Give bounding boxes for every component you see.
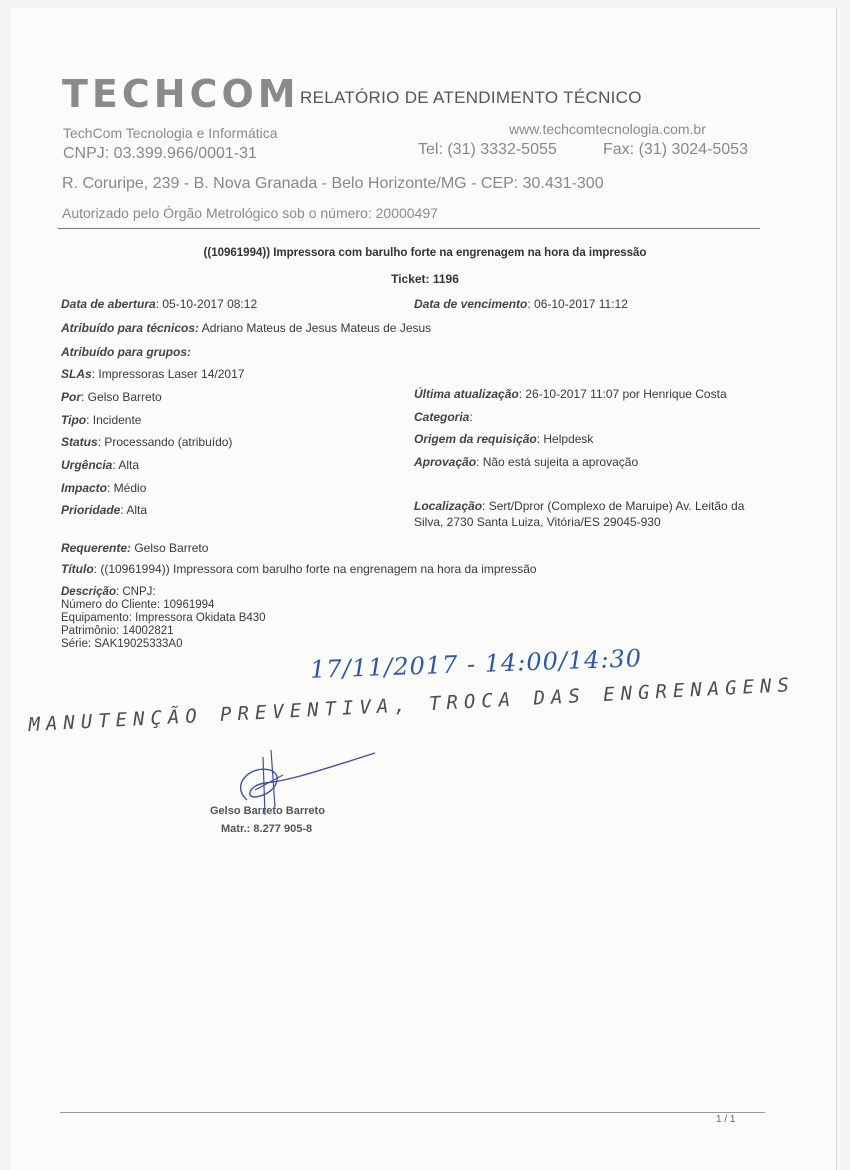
field-label: Categoria: [414, 410, 469, 424]
description-line: Equipamento: Impressora Okidata B430: [61, 612, 266, 625]
field-data-abertura: Data de abertura: 05-10-2017 08:12: [61, 297, 257, 311]
field-label: Origem da requisição: [414, 432, 537, 446]
field-value: : Impressoras Laser 14/2017: [92, 367, 245, 381]
field-label: Requerente:: [61, 541, 131, 555]
field-label: Tipo: [61, 413, 86, 427]
field-value: : 05-10-2017 08:12: [156, 297, 257, 311]
ticket-title: ((10961994)) Impressora com barulho fort…: [0, 247, 850, 259]
field-value: : ((10961994)) Impressora com barulho fo…: [94, 562, 537, 576]
field-value: Adriano Mateus de Jesus Mateus de Jesus: [199, 321, 431, 335]
company-phone: Tel: (31) 3332-5055: [418, 141, 557, 159]
field-origem: Origem da requisição: Helpdesk: [414, 432, 593, 446]
footer-divider: [60, 1112, 765, 1113]
field-label: Localização: [414, 499, 482, 513]
field-label: Última atualização: [414, 387, 519, 401]
field-value: : Processando (atribuído): [98, 435, 233, 449]
field-label: SLAs: [61, 367, 92, 381]
field-label: Data de abertura: [61, 297, 156, 311]
company-fax: Fax: (31) 3024-5053: [603, 141, 748, 159]
field-label: Prioridade: [61, 503, 120, 517]
field-categoria: Categoria:: [414, 410, 473, 424]
techcom-logo: TECHCOM: [62, 72, 300, 116]
field-value: : Não está sujeita a aprovação: [476, 455, 638, 469]
header-divider: [58, 228, 760, 229]
authorization-number: Autorizado pelo Órgão Metrológico sob o …: [62, 205, 438, 221]
field-grupos: Atribuído para grupos:: [61, 345, 191, 359]
description-label: Descrição: [61, 586, 116, 598]
field-aprovacao: Aprovação: Não está sujeita a aprovação: [414, 455, 638, 469]
field-value: : Alta: [112, 458, 139, 472]
page-number: 1 / 1: [716, 1114, 735, 1125]
field-label: Status: [61, 435, 98, 449]
company-cnpj: CNPJ: 03.399.966/0001-31: [63, 145, 257, 163]
field-value: : Médio: [107, 481, 146, 495]
field-label: Urgência: [61, 458, 112, 472]
document-title: RELATÓRIO DE ATENDIMENTO TÉCNICO: [300, 88, 642, 108]
field-label: Aprovação: [414, 455, 476, 469]
field-label: Título: [61, 562, 94, 576]
description-block: Descrição: CNPJ: Número do Cliente: 1096…: [61, 586, 266, 651]
company-name: TechCom Tecnologia e Informática: [63, 125, 278, 141]
field-label: Por: [61, 390, 81, 404]
field-localizacao: Localização: Sert/Dpror (Complexo de Mar…: [414, 498, 764, 530]
field-data-vencimento: Data de vencimento: 06-10-2017 11:12: [414, 297, 628, 311]
field-label: Impacto: [61, 481, 107, 495]
field-value: :: [469, 410, 472, 424]
field-value: : Helpdesk: [537, 432, 594, 446]
field-tipo: Tipo: Incidente: [61, 413, 141, 427]
company-address: R. Coruripe, 239 - B. Nova Granada - Bel…: [62, 175, 604, 193]
field-value: : 26-10-2017 11:07 por Henrique Costa: [519, 387, 727, 401]
field-impacto: Impacto: Médio: [61, 481, 146, 495]
field-status: Status: Processando (atribuído): [61, 435, 232, 449]
field-tecnicos: Atribuído para técnicos: Adriano Mateus …: [61, 321, 431, 335]
signature-name: Gelso Barreto Barreto: [210, 805, 325, 817]
field-slas: SLAs: Impressoras Laser 14/2017: [61, 367, 244, 381]
field-value: : Alta: [120, 503, 147, 517]
field-value: : Incidente: [86, 413, 141, 427]
field-label: Atribuído para grupos:: [61, 345, 191, 359]
field-ultima-atualizacao: Última atualização: 26-10-2017 11:07 por…: [414, 387, 727, 401]
field-value: : Gelso Barreto: [81, 390, 162, 404]
field-label: Atribuído para técnicos:: [61, 321, 199, 335]
company-website: www.techcomtecnologia.com.br: [509, 121, 706, 137]
field-titulo: Título: ((10961994)) Impressora com baru…: [61, 562, 537, 576]
field-por: Por: Gelso Barreto: [61, 390, 162, 404]
field-requerente: Requerente: Gelso Barreto: [61, 541, 208, 555]
field-prioridade: Prioridade: Alta: [61, 503, 147, 517]
description-line: : CNPJ:: [116, 586, 156, 598]
field-label: Data de vencimento: [414, 297, 527, 311]
description-line: Patrimônio: 14002821: [61, 625, 266, 638]
signature-matricula: Matr.: 8.277 905-8: [221, 823, 312, 835]
field-urgencia: Urgência: Alta: [61, 458, 139, 472]
field-value: Gelso Barreto: [131, 541, 208, 555]
ticket-number: Ticket: 1196: [0, 272, 850, 286]
description-line: Número do Cliente: 10961994: [61, 599, 266, 612]
description-line: Série: SAK19025333A0: [61, 638, 266, 651]
field-value: : 06-10-2017 11:12: [527, 297, 628, 311]
